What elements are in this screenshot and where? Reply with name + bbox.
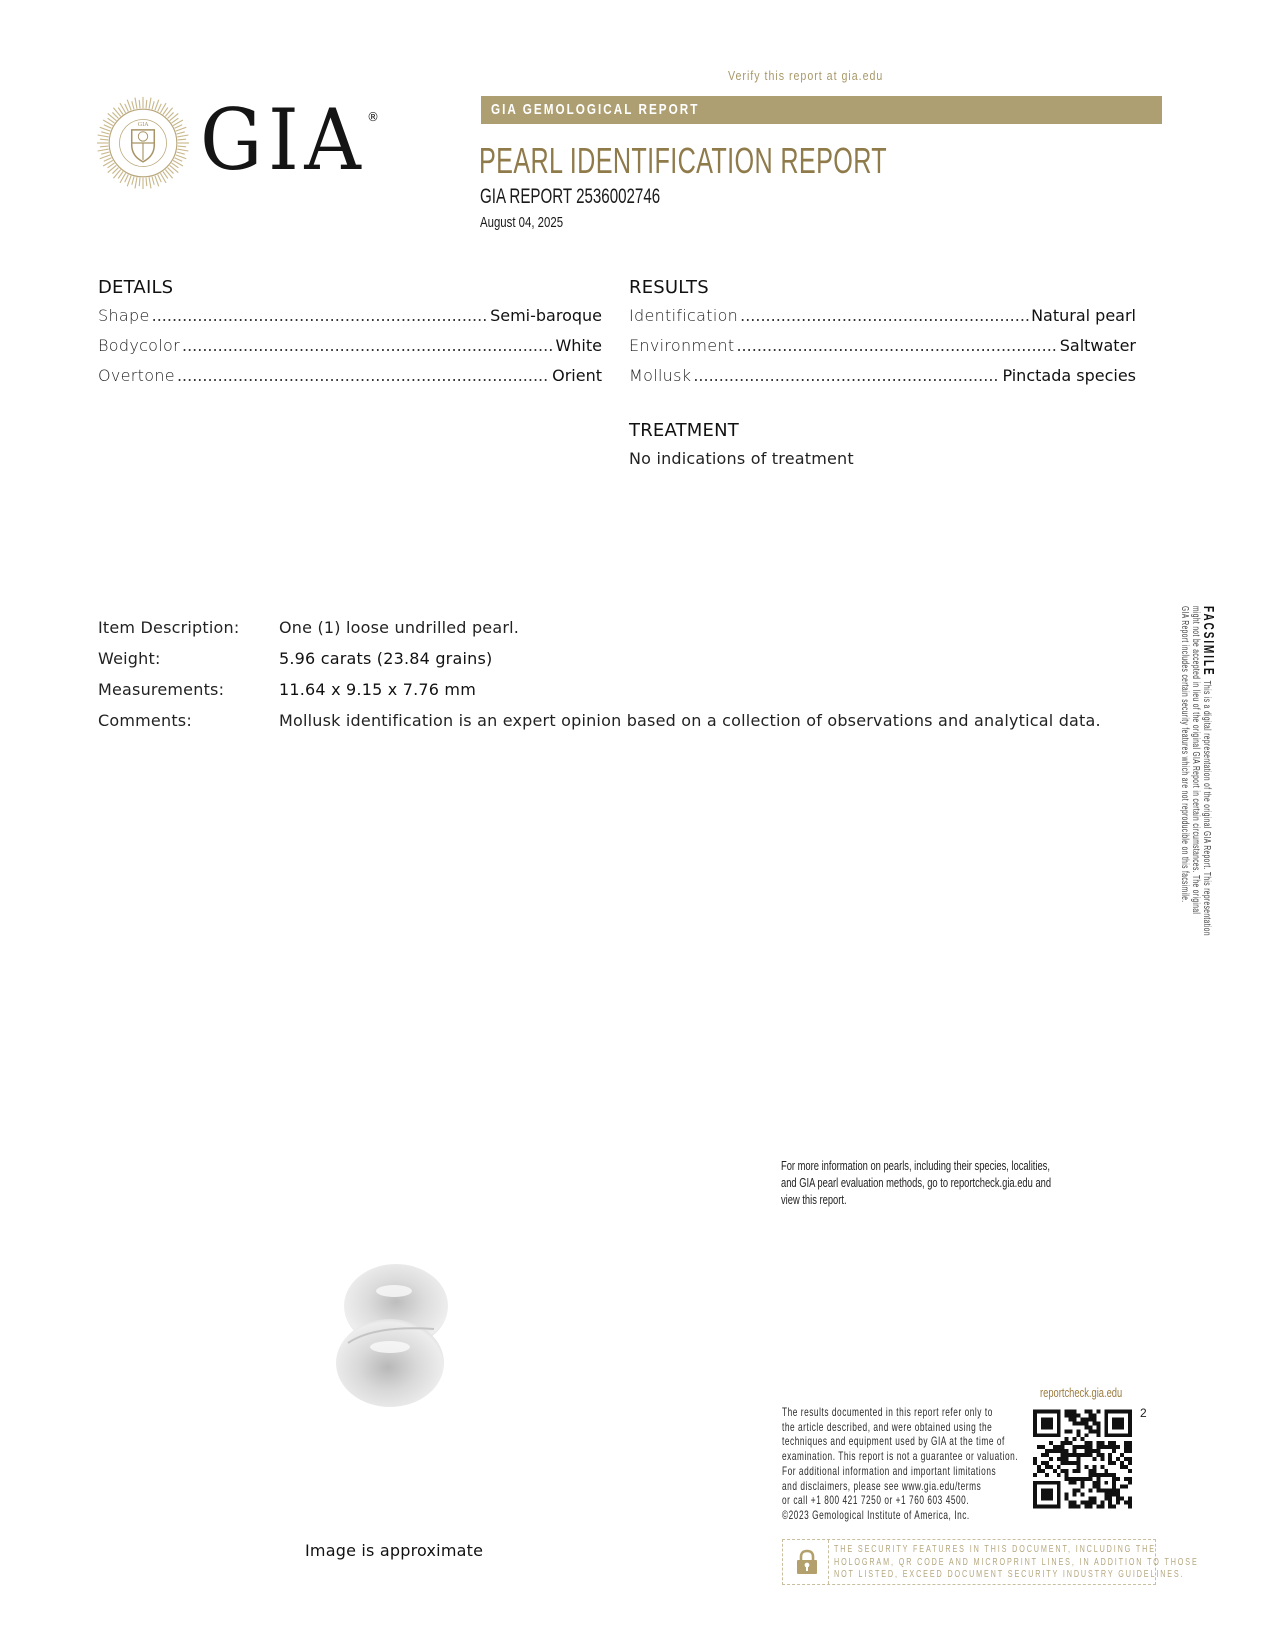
gia-seal-icon: GIA	[96, 96, 190, 190]
report-date: August 04, 2025	[480, 214, 563, 231]
item-details: Item Description: One (1) loose undrille…	[98, 618, 1101, 742]
details-section: DETAILS Shape Semi-baroque Bodycolor Whi…	[98, 277, 602, 396]
leader-dots	[693, 366, 1000, 385]
row-value: Pinctada species	[1002, 366, 1136, 385]
disclaimer-line: ©2023 Gemological Institute of America, …	[782, 1508, 1017, 1523]
results-row-identification: Identification Natural pearl	[629, 306, 1136, 336]
item-row-comments: Comments: Mollusk identification is an e…	[98, 711, 1101, 742]
page-number: 2	[1140, 1406, 1147, 1420]
facsimile-line: This is a digital representation of the …	[1201, 681, 1212, 936]
row-label: Overtone	[98, 366, 175, 385]
row-label: Shape	[98, 306, 150, 325]
qr-code-icon[interactable]	[1033, 1408, 1132, 1510]
more-info-line: and GIA pearl evaluation methods, go to …	[781, 1174, 1141, 1191]
disclaimer-line: The results documented in this report re…	[782, 1405, 1017, 1420]
facsimile-line: might not be accepted in lieu of the ori…	[1190, 606, 1201, 896]
item-value: 11.64 x 9.15 x 7.76 mm	[279, 680, 476, 711]
security-notice: THE SECURITY FEATURES IN THIS DOCUMENT, …	[782, 1539, 1156, 1585]
item-label: Measurements:	[98, 680, 279, 711]
item-value: One (1) loose undrilled pearl.	[279, 618, 519, 649]
svg-text:GIA: GIA	[138, 122, 150, 128]
security-line: HOLOGRAM, QR CODE AND MICROPRINT LINES, …	[834, 1557, 1199, 1570]
row-label: Mollusk	[629, 366, 691, 385]
item-row-description: Item Description: One (1) loose undrille…	[98, 618, 1101, 649]
leader-dots	[736, 336, 1057, 355]
item-value: 5.96 carats (23.84 grains)	[279, 649, 492, 680]
row-label: Bodycolor	[98, 336, 180, 355]
item-label: Item Description:	[98, 618, 279, 649]
treatment-text: No indications of treatment	[629, 449, 1129, 468]
gia-wordmark: GIA	[200, 98, 366, 182]
disclaimer-line: or call +1 800 421 7250 or +1 760 603 45…	[782, 1493, 1017, 1508]
report-type-label: GIA GEMOLOGICAL REPORT	[491, 101, 699, 118]
disclaimer-line: the article described, and were obtained…	[782, 1420, 1017, 1435]
registered-mark: ®	[367, 110, 379, 124]
reportcheck-link[interactable]: reportcheck.gia.edu	[1040, 1385, 1122, 1400]
facsimile-notice: FACSIMILE This is a digital representati…	[1166, 606, 1214, 1046]
divider	[828, 1540, 829, 1584]
more-info-text: For more information on pearls, includin…	[781, 1157, 1141, 1208]
pearl-photo	[334, 1263, 452, 1409]
details-row-shape: Shape Semi-baroque	[98, 306, 602, 336]
facsimile-line: GIA Report includes certain security fea…	[1179, 606, 1190, 896]
security-line: NOT LISTED, EXCEED DOCUMENT SECURITY IND…	[834, 1569, 1199, 1582]
disclaimer-line: and disclaimers, please see www.gia.edu/…	[782, 1479, 1017, 1494]
leader-dots	[152, 306, 488, 325]
item-label: Comments:	[98, 711, 279, 742]
leader-dots	[182, 336, 553, 355]
results-heading: RESULTS	[629, 277, 1136, 298]
item-row-measurements: Measurements: 11.64 x 9.15 x 7.76 mm	[98, 680, 1101, 711]
leader-dots	[740, 306, 1029, 325]
item-value: Mollusk identification is an expert opin…	[279, 711, 1101, 742]
security-text: THE SECURITY FEATURES IN THIS DOCUMENT, …	[834, 1544, 1199, 1582]
details-row-bodycolor: Bodycolor White	[98, 336, 602, 366]
image-caption: Image is approximate	[305, 1541, 483, 1560]
facsimile-title: FACSIMILE	[1203, 606, 1214, 677]
disclaimer-line: techniques and equipment used by GIA at …	[782, 1434, 1017, 1449]
more-info-line: view this report.	[781, 1191, 1141, 1208]
row-value: Orient	[552, 366, 602, 385]
report-title: PEARL IDENTIFICATION REPORT	[479, 140, 887, 182]
verify-link[interactable]: Verify this report at gia.edu	[728, 68, 883, 83]
item-row-weight: Weight: 5.96 carats (23.84 grains)	[98, 649, 1101, 680]
leader-dots	[177, 366, 550, 385]
row-label: Environment	[629, 336, 734, 355]
disclaimer-text: The results documented in this report re…	[782, 1405, 1017, 1523]
more-info-line: For more information on pearls, includin…	[781, 1157, 1141, 1174]
details-heading: DETAILS	[98, 277, 602, 298]
row-value: Natural pearl	[1031, 306, 1136, 325]
details-row-overtone: Overtone Orient	[98, 366, 602, 396]
row-label: Identification	[629, 306, 738, 325]
row-value: White	[555, 336, 602, 355]
results-row-environment: Environment Saltwater	[629, 336, 1136, 366]
treatment-heading: TREATMENT	[629, 420, 1129, 441]
security-line: THE SECURITY FEATURES IN THIS DOCUMENT, …	[834, 1544, 1199, 1557]
report-type-band: GIA GEMOLOGICAL REPORT	[481, 96, 1162, 124]
disclaimer-line: For additional information and important…	[782, 1464, 1017, 1479]
lock-icon	[796, 1549, 818, 1575]
report-number: GIA REPORT 2536002746	[480, 185, 660, 209]
disclaimer-line: examination. This report is not a guaran…	[782, 1449, 1017, 1464]
results-section: RESULTS Identification Natural pearl Env…	[629, 277, 1136, 396]
results-row-mollusk: Mollusk Pinctada species	[629, 366, 1136, 396]
row-value: Semi-baroque	[490, 306, 602, 325]
row-value: Saltwater	[1060, 336, 1136, 355]
item-label: Weight:	[98, 649, 279, 680]
treatment-section: TREATMENT No indications of treatment	[629, 420, 1129, 468]
